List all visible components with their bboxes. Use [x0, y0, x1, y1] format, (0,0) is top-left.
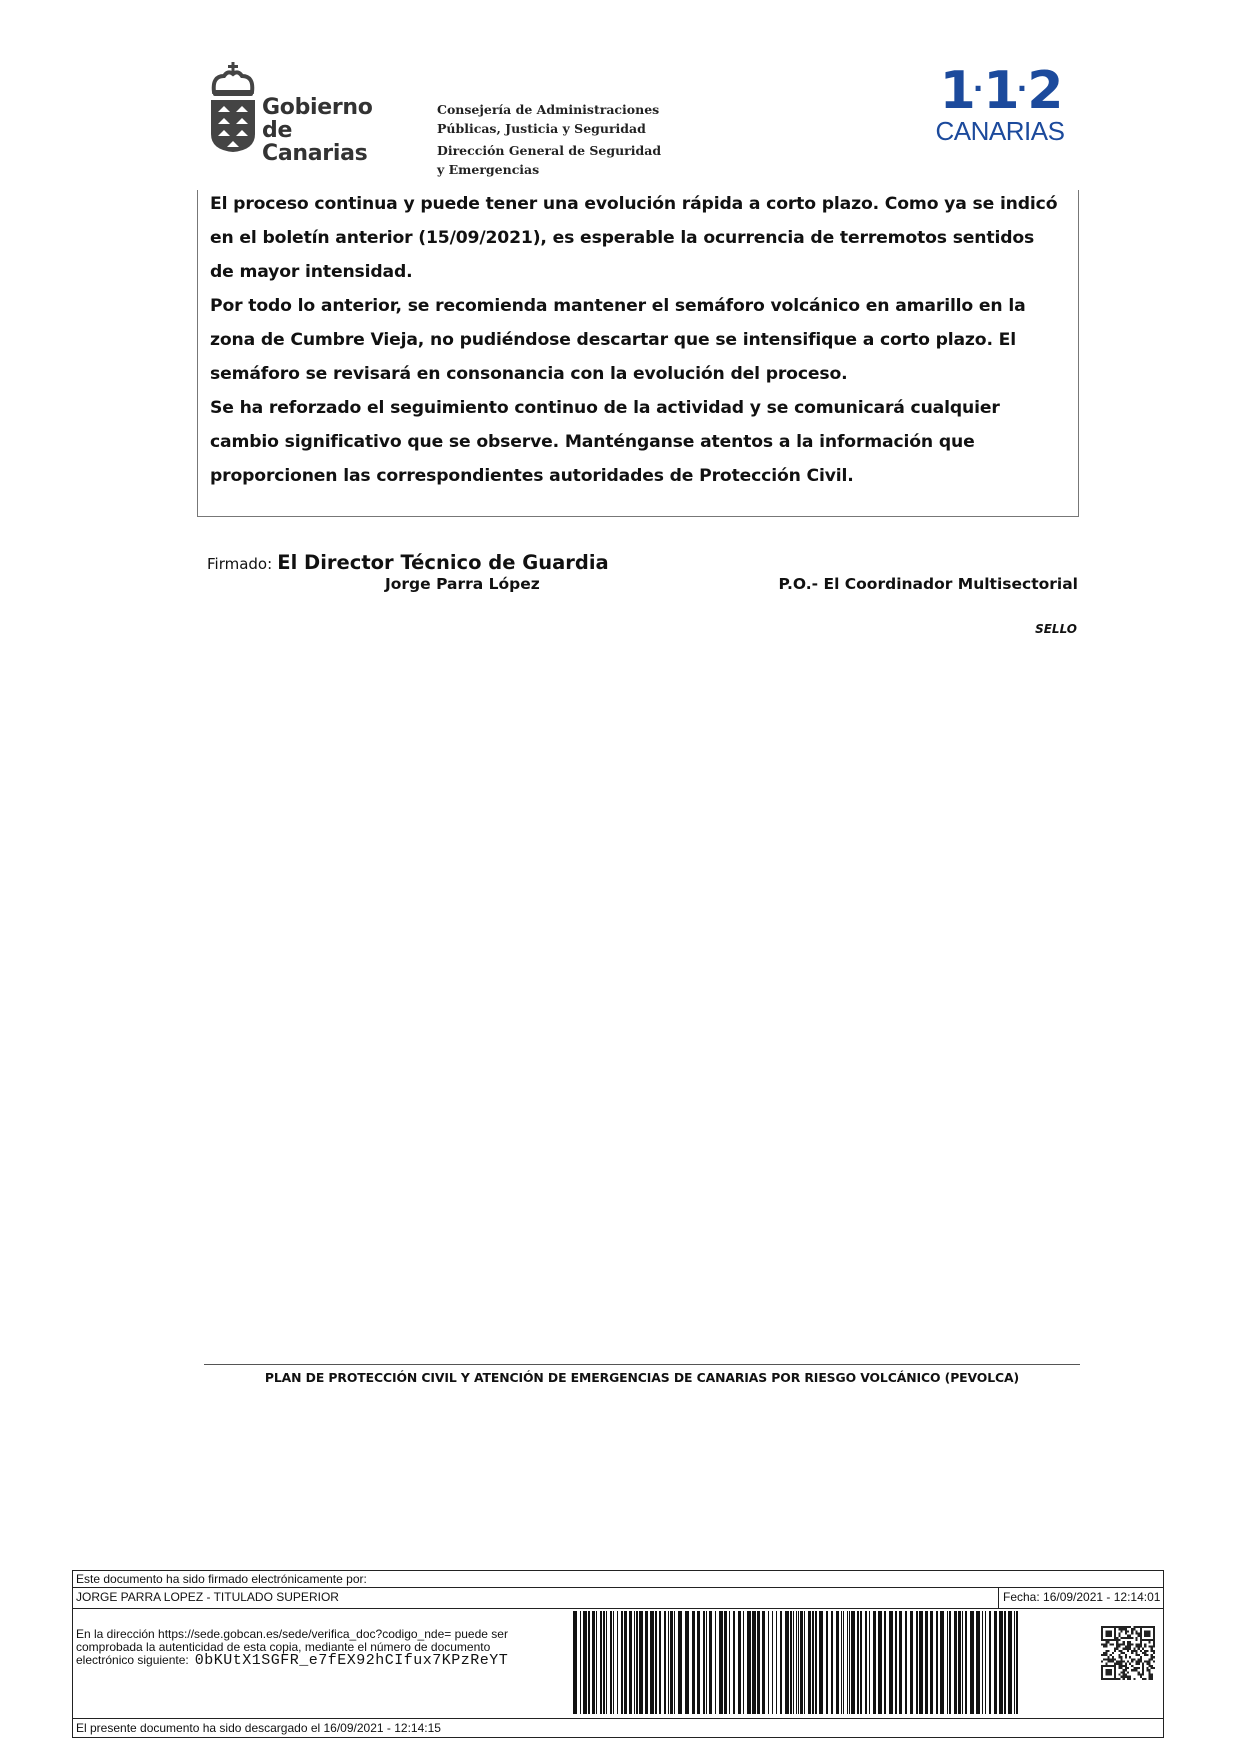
verify-line: electrónico siguiente: [76, 1653, 189, 1667]
digit: 1 [983, 61, 1016, 121]
verification-row: En la dirección https://sede.gobcan.es/s… [73, 1608, 1163, 1719]
seal-label: SELLO [1035, 622, 1077, 636]
footer-divider [204, 1364, 1080, 1365]
direccion-line: y Emergencias [437, 160, 661, 179]
barcode-icon [571, 1611, 1023, 1714]
digit: 1 [940, 61, 973, 121]
bulletin-text-box: El proceso continua y puede tener una ev… [197, 190, 1079, 517]
verification-text: En la dirección https://sede.gobcan.es/s… [76, 1628, 556, 1667]
signed-by: Firmado: El Director Técnico de Guardia [207, 551, 609, 574]
gobierno-de-canarias-logo: Gobierno de Canarias [210, 62, 400, 154]
body-line: Por todo lo anterior, se recomienda mant… [210, 289, 1026, 324]
logo-112-subtitle: CANARIAS [925, 117, 1075, 145]
digit: 2 [1027, 61, 1060, 121]
signer-row: JORGE PARRA LOPEZ - TITULADO SUPERIOR Fe… [73, 1587, 1163, 1609]
body-line: de mayor intensidad. [210, 255, 413, 290]
signature-date: Fecha: 16/09/2021 - 12:14:01 [998, 1587, 1163, 1608]
plan-footer-title: PLAN DE PROTECCIÓN CIVIL Y ATENCIÓN DE E… [204, 1370, 1080, 1385]
electronic-signature-table: Este documento ha sido firmado electróni… [72, 1570, 1164, 1738]
consejeria-block: Consejería de Administraciones Públicas,… [437, 100, 661, 179]
dot-icon: · [973, 72, 984, 105]
body-line: proporcionen las correspondientes autori… [210, 459, 854, 494]
gobierno-line-1: Gobierno [262, 96, 400, 119]
body-line: zona de Cumbre Vieja, no pudiéndose desc… [210, 323, 1016, 358]
body-line: El proceso continua y puede tener una ev… [210, 187, 1057, 222]
signed-label: Firmado: [207, 555, 272, 573]
logo-112-canarias: 1·1·2 CANARIAS [925, 64, 1075, 145]
consejeria-line: Públicas, Justicia y Seguridad [437, 119, 661, 138]
dot-icon: · [1017, 72, 1028, 105]
verify-line-3: electrónico siguiente:0bKUtX1SGFR_e7fEX9… [76, 1654, 556, 1667]
signer-text: JORGE PARRA LOPEZ - TITULADO SUPERIOR [76, 1590, 339, 1604]
body-line: Se ha reforzado el seguimiento continuo … [210, 391, 1000, 426]
gobierno-line-2: de Canarias [262, 119, 400, 165]
signed-by-row: Este documento ha sido firmado electróni… [73, 1571, 1163, 1588]
body-line: en el boletín anterior (15/09/2021), es … [210, 221, 1034, 256]
qr-code-icon[interactable] [1101, 1626, 1155, 1680]
direccion-line: Dirección General de Seguridad [437, 141, 661, 160]
po-coordinator: P.O.- El Coordinador Multisectorial [779, 575, 1078, 593]
body-line: cambio significativo que se observe. Man… [210, 425, 975, 460]
downloaded-row: El presente documento ha sido descargado… [73, 1718, 1163, 1738]
coat-of-arms-icon [210, 62, 256, 152]
gobierno-name: Gobierno de Canarias [262, 96, 400, 165]
consejeria-line: Consejería de Administraciones [437, 100, 661, 119]
signed-by-label: Este documento ha sido firmado electróni… [76, 1572, 367, 1586]
downloaded-text: El presente documento ha sido descargado… [76, 1721, 441, 1735]
body-line: semáforo se revisará en consonancia con … [210, 357, 848, 392]
signer-title: El Director Técnico de Guardia [277, 551, 608, 574]
logo-112-number: 1·1·2 [925, 64, 1075, 116]
signer-name: Jorge Parra López [385, 575, 540, 593]
document-code: 0bKUtX1SGFR_e7fEX92hCIfux7KPzReYT [195, 1652, 509, 1669]
